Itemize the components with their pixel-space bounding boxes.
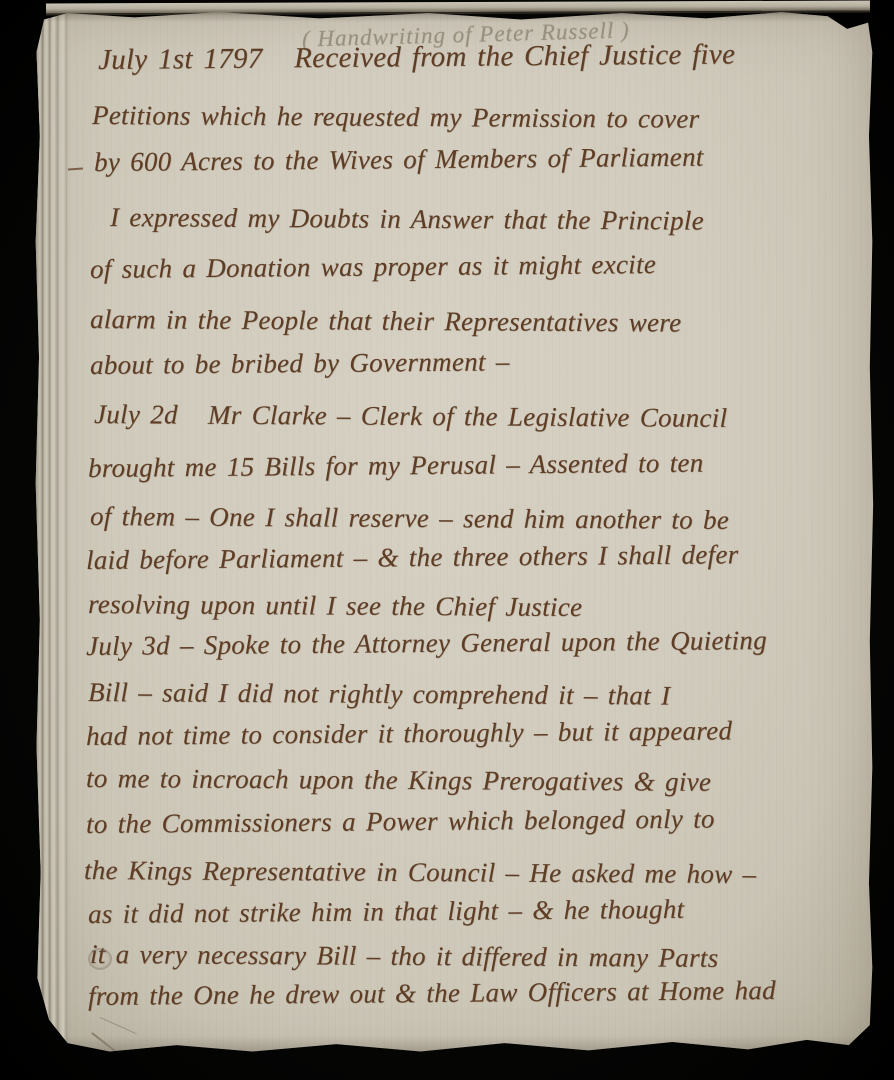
manuscript-line-12: resolving upon until I see the Chief Jus… — [88, 589, 583, 623]
manuscript-line-21: from the One he drew out & the Law Offic… — [88, 975, 776, 1012]
adjacent-page-edge — [46, 1, 870, 16]
manuscript-page: ( Handwriting of Peter Russell ) July 1s… — [34, 10, 874, 1062]
manuscript-line-2: Petitions which he requested my Permissi… — [92, 100, 700, 135]
manuscript-line-1: July 1st 1797 Received from the Chief Ju… — [98, 38, 735, 77]
manuscript-line-3: by 600 Acres to the Wives of Members of … — [94, 142, 704, 178]
manuscript-line-9: brought me 15 Bills for my Perusal – Ass… — [88, 448, 704, 484]
manuscript-line-20: it a very necessary Bill – tho it differ… — [90, 939, 719, 974]
manuscript-line-14: Bill – said I did not rightly comprehend… — [88, 677, 670, 712]
manuscript-line-6: alarm in the People that their Represent… — [90, 304, 682, 339]
manuscript-line-7: about to be bribed by Government – — [90, 346, 510, 381]
embossed-stamp-mark — [88, 948, 112, 970]
manuscript-line-4: I expressed my Doubts in Answer that the… — [110, 202, 704, 237]
manuscript-text: July 1st 1797 Received from the Chief Ju… — [84, 10, 864, 1062]
manuscript-line-17: to the Commissioners a Power which belon… — [86, 804, 715, 840]
manuscript-line-11: laid before Parliament – & the three oth… — [86, 539, 739, 576]
manuscript-line-16: to me to incroach upon the Kings Preroga… — [86, 763, 711, 798]
manuscript-line-15: had not time to consider it thoroughly –… — [86, 715, 732, 752]
manuscript-line-18: the Kings Representative in Council – He… — [84, 855, 757, 890]
manuscript-line-5: of such a Donation was proper as it migh… — [90, 249, 656, 285]
scan-background: ( Handwriting of Peter Russell ) July 1s… — [0, 0, 894, 1080]
manuscript-line-13: July 3d – Spoke to the Attorney General … — [86, 625, 767, 662]
manuscript-line-19: as it did not strike him in that light –… — [88, 894, 685, 930]
manuscript-line-10: of them – One I shall reserve – send him… — [90, 501, 729, 536]
manuscript-line-8: July 2d Mr Clarke – Clerk of the Legisla… — [94, 399, 728, 434]
